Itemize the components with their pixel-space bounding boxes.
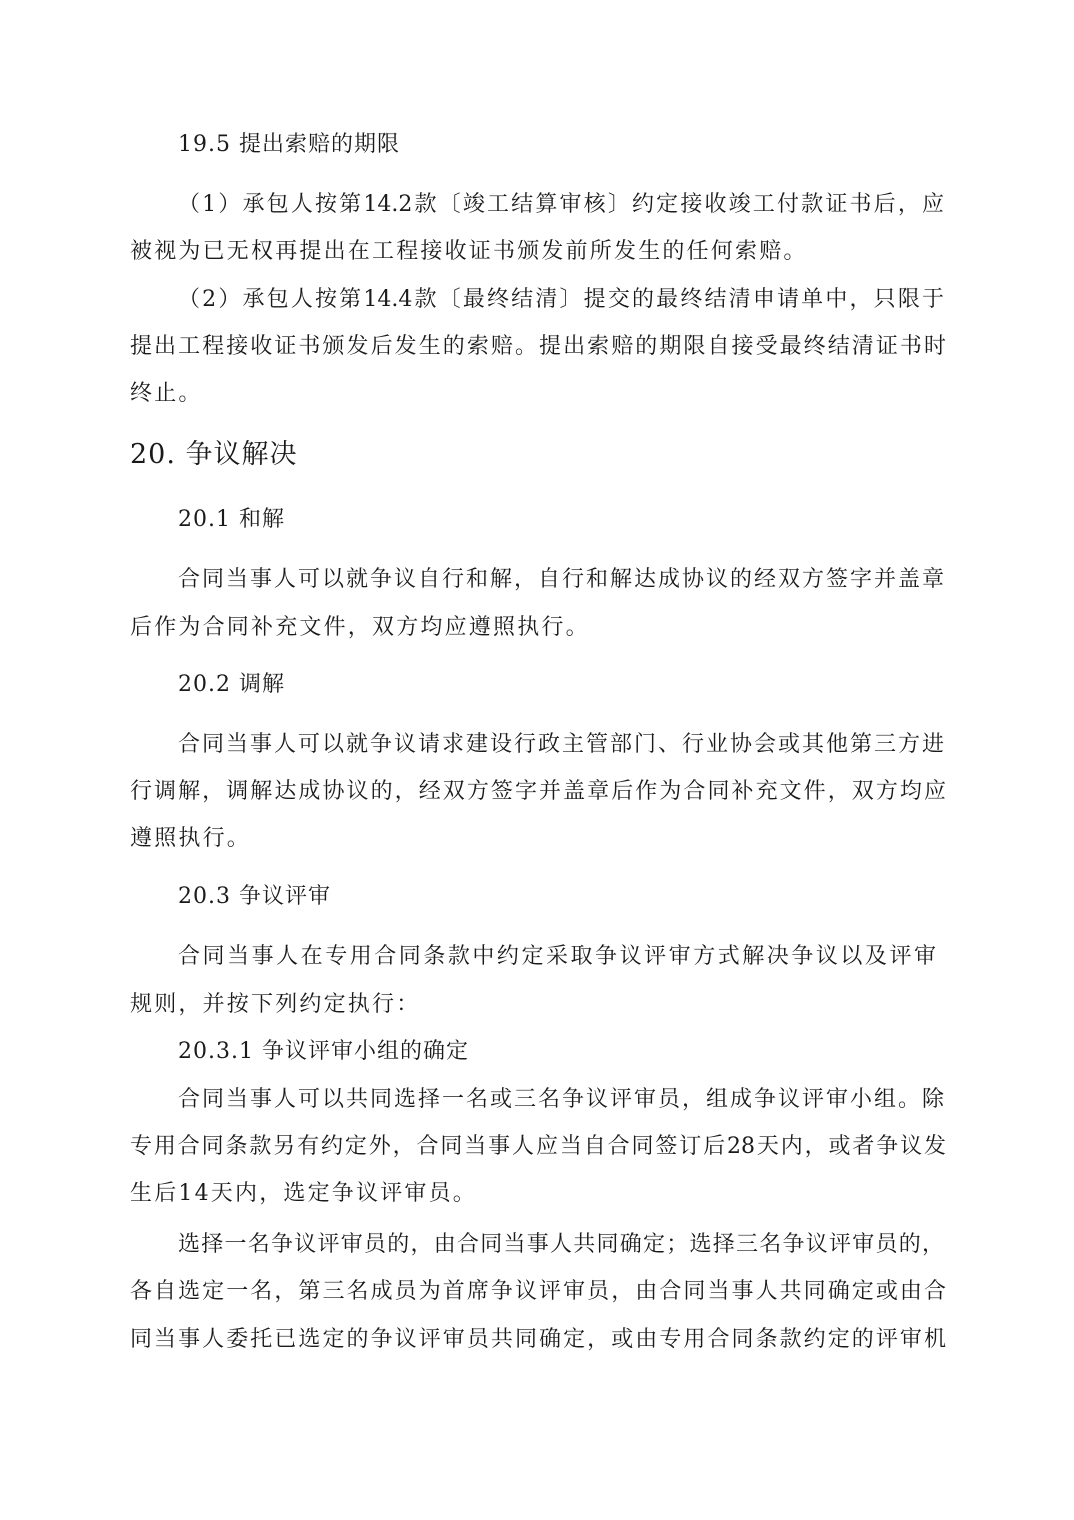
paragraph-line: （1）承包人按第14.2款〔竣工结算审核〕约定接收竣工付款证书后，应 [178, 190, 944, 220]
heading-20-3-1: 20.3.1 争议评审小组的确定 [178, 1037, 994, 1067]
paragraph-line: 被视为已无权再提出在工程接收证书颁发前所发生的任何索赔。 [130, 237, 946, 267]
paragraph-line: 各自选定一名，第三名成员为首席争议评审员，由合同当事人共同确定或由合 [130, 1277, 946, 1307]
paragraph-line: 行调解，调解达成协议的，经双方签字并盖章后作为合同补充文件，双方均应 [130, 777, 946, 807]
heading-20-3: 20.3 争议评审 [178, 882, 994, 912]
paragraph-line: 提出工程接收证书颁发后发生的索赔。提出索赔的期限自接受最终结清证书时 [130, 332, 946, 362]
paragraph-line: 遵照执行。 [130, 824, 946, 854]
document-page: 19.5 提出索赔的期限 （1）承包人按第14.2款〔竣工结算审核〕约定接收竣工… [0, 0, 1074, 1520]
heading-19-5: 19.5 提出索赔的期限 [178, 130, 994, 160]
paragraph-line: 专用合同条款另有约定外，合同当事人应当自合同签订后28天内，或者争议发 [130, 1132, 946, 1162]
paragraph-line: 后作为合同补充文件，双方均应遵照执行。 [130, 613, 946, 643]
paragraph-line: （2）承包人按第14.4款〔最终结清〕提交的最终结清申请单中，只限于 [178, 285, 944, 315]
heading-20: 20. 争议解决 [130, 440, 946, 470]
heading-20-1: 20.1 和解 [178, 505, 994, 535]
paragraph-line: 生后14天内，选定争议评审员。 [130, 1179, 946, 1209]
heading-20-2: 20.2 调解 [178, 670, 994, 700]
paragraph-line: 合同当事人可以就争议自行和解，自行和解达成协议的经双方签字并盖章 [178, 565, 944, 595]
paragraph-line: 合同当事人可以就争议请求建设行政主管部门、行业协会或其他第三方进 [178, 730, 944, 760]
paragraph-line: 终止。 [130, 379, 946, 409]
paragraph-line: 选择一名争议评审员的，由合同当事人共同确定；选择三名争议评审员的， [178, 1230, 944, 1260]
paragraph-line: 同当事人委托已选定的争议评审员共同确定，或由专用合同条款约定的评审机 [130, 1325, 946, 1355]
paragraph-line: 合同当事人在专用合同条款中约定采取争议评审方式解决争议以及评审 [178, 942, 936, 972]
paragraph-line: 规则，并按下列约定执行： [130, 990, 946, 1020]
paragraph-line: 合同当事人可以共同选择一名或三名争议评审员，组成争议评审小组。除 [178, 1085, 944, 1115]
